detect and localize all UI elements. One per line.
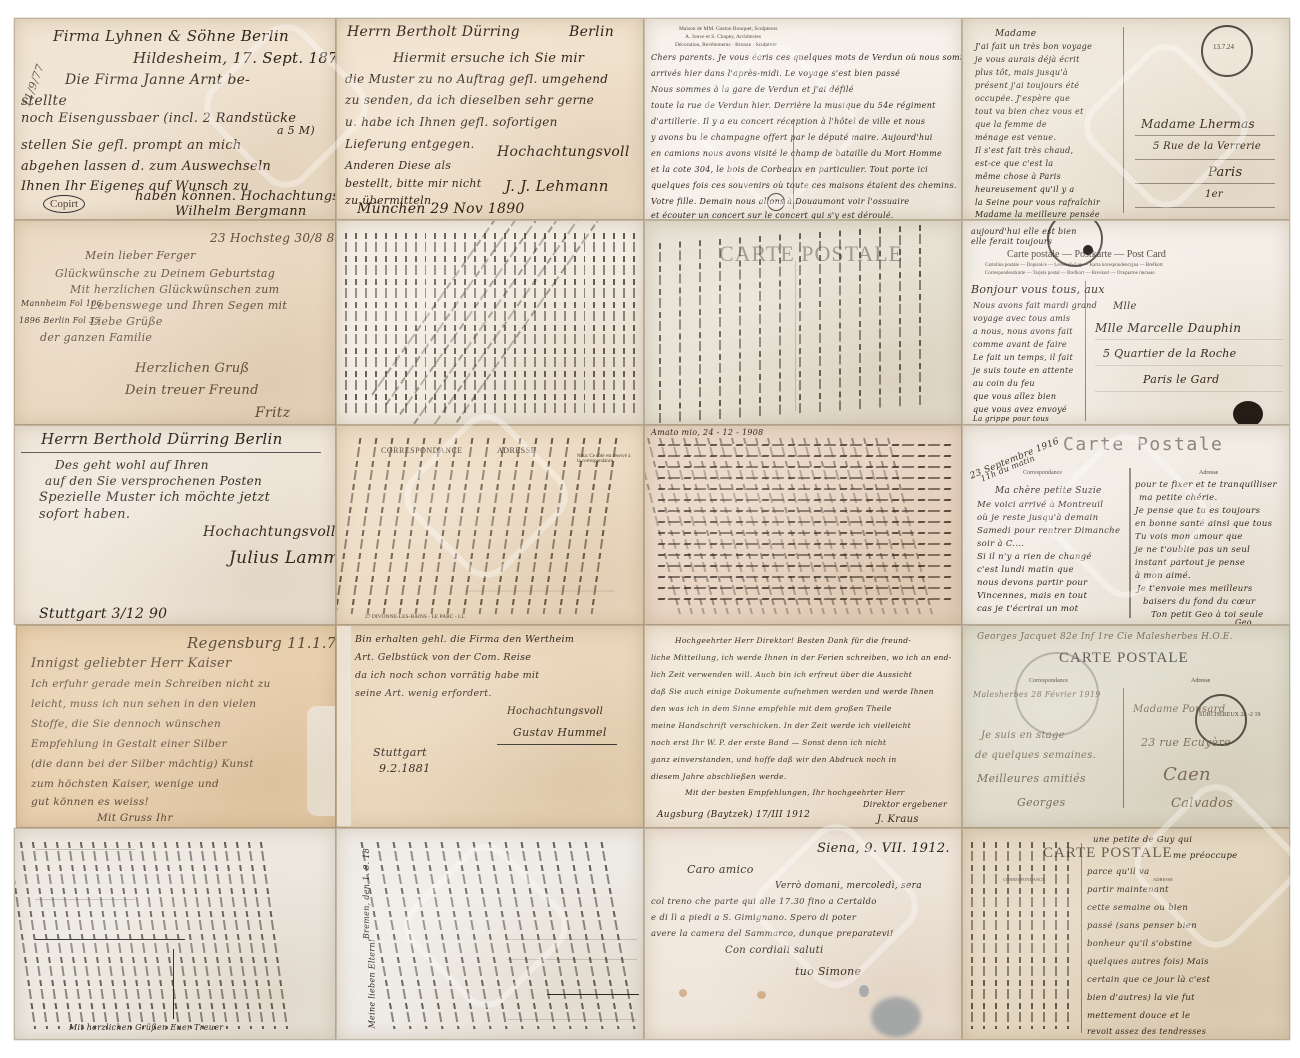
signature: J. Kraus (877, 814, 919, 825)
signature: Gustav Hummel (513, 726, 607, 739)
handwriting-line: Vincennes, mais en tout (977, 591, 1087, 601)
printed-header: A. Jouve et S. Chapey, Architectes (685, 34, 761, 40)
handwriting-line: baisers du fond du cœur (1143, 597, 1255, 607)
vertical-handwriting (971, 842, 1075, 1029)
address-line: 23 rue Ecuyère (1141, 736, 1231, 749)
card-divider (793, 119, 794, 209)
handwriting-line: présent j'ai toujours été (975, 81, 1079, 90)
card-divider (1081, 843, 1082, 1033)
place-date: Siena, 9. VII. 1912. (817, 841, 950, 856)
signature: J. J. Lehmann (505, 177, 609, 195)
handwriting-line: partir maintenant (1087, 885, 1169, 895)
address-line: Madame Ponsard (1133, 704, 1225, 715)
handwriting-line: cas je t'écrirai un mot (977, 604, 1078, 614)
handwriting-line: noch Eisengussbaer (incl. 2 Randstücke (21, 111, 296, 126)
salutation: Caro amico (687, 863, 754, 876)
postcard-r4c4: Georges Jacquet 82e Inf 1re Cie Malesher… (962, 625, 1290, 828)
printed-header: Maison de MM. Gaston Bouquet, Sculpteurs (679, 26, 778, 32)
handwriting-line: arrivés hier dans l'après-midi. Le voyag… (651, 69, 900, 78)
handwriting-line: Herrn Bertholt Dürring (347, 24, 520, 40)
postcard-r1c2: Herrn Bertholt Dürring Berlin Hiermit er… (336, 18, 644, 220)
address-line: Madame Lhermas (1141, 117, 1255, 131)
handwriting-line: c'est lundi matin que (977, 565, 1074, 575)
adresse-label: ADRESSE (1153, 877, 1173, 882)
handwriting-line: Lebenswege und Ihren Segen mit (90, 299, 287, 312)
vertical-handwriting (336, 438, 644, 614)
handwriting-line: liche Mitteilung, ich werde Ihnen in der… (651, 653, 952, 662)
header-rule (21, 452, 321, 453)
handwriting-line: à mon aimé. (1135, 571, 1191, 581)
handwriting-line: lich Zeit verwenden will. Auch bin ich e… (651, 670, 912, 679)
handwriting-line: me préoccupe (1173, 851, 1238, 861)
handwriting-line: heureusement qu'il y a (975, 185, 1074, 194)
vertical-handwriting (361, 842, 644, 1029)
handwriting-line: Dein treuer Freund (125, 383, 259, 398)
postcard-r3c1: Herrn Berthold Dürring Berlin Des geht w… (14, 425, 336, 625)
address-line: Mlle Marcelle Dauphin (1095, 321, 1241, 335)
signature: Georges (1017, 796, 1065, 809)
address-line: 5 Rue de la Verrerie (1153, 141, 1261, 152)
handwriting-line: Ich erfuhr gerade mein Schreiben nicht z… (31, 678, 271, 690)
foxing-spot (679, 989, 687, 997)
handwriting-line: Glückwünsche zu Deinem Geburtstag (55, 267, 275, 280)
card-divider (1129, 468, 1131, 618)
handwriting-line: au coin du feu (973, 379, 1035, 388)
place-date: Stuttgart 3/12 90 (39, 606, 167, 622)
card-divider (1123, 688, 1124, 808)
crossed-vertical-handwriting (644, 438, 962, 614)
handwriting-line: d'artillerie. Il y a eu concert réceptio… (651, 117, 925, 126)
printed-subtitle: Correspondenzkarte — Tarjeta postal — Br… (985, 271, 1155, 276)
postcard-r2c3: CARTE POSTALE (644, 220, 962, 425)
postmark-date: 13.7.24 (1213, 43, 1234, 51)
handwriting-line: Si il n'y a rien de changé (977, 552, 1092, 562)
postcard-r3c2: CORRESPONDANCE ADRESSE Nota: Ce côté est… (336, 425, 644, 625)
ink-stain (871, 997, 921, 1037)
postcard-r5c4: CARTE POSTALE CORRESPONDANCE ADRESSE une… (962, 828, 1290, 1040)
margin-note: 1896 Berlin Fol 35 (19, 316, 100, 325)
postcard-collage: Firma Lyhnen & Söhne Berlin Hildesheim, … (0, 0, 1300, 1058)
handwriting-line: haben können. Hochachtungsvoll (135, 189, 336, 204)
handwriting-line: Je pense que tu es toujours (1135, 506, 1260, 516)
handwriting-line: zu senden, da ich dieselben sehr gerne (345, 93, 594, 107)
handwriting-line: où je reste jusqu'à demain (977, 513, 1098, 523)
handwriting-line: la Seine pour vous rafraîchir (975, 198, 1100, 207)
handwriting-line: Herrn Berthold Dürring Berlin (41, 430, 283, 448)
address-line: Caen (1163, 764, 1211, 785)
handwriting-line: parce qu'il va (1087, 867, 1150, 877)
address-rule (1095, 365, 1283, 366)
handwriting-line: die Muster zu no Auftrag gefl. umgehend (345, 72, 608, 86)
address-rule (1135, 159, 1275, 160)
handwriting-line: (die dann bei der Silber mächtig) Kunst (31, 758, 254, 770)
foxing-spot (757, 991, 766, 999)
postcard-r3c3: Amato mio, 24 - 12 - 1908 (644, 425, 962, 625)
postcard-r3c4: Carte Postale 23 Septembre 1916 11h du m… (962, 425, 1290, 625)
handwriting-line: cette semaine ou bien (1087, 903, 1188, 913)
handwriting-line: bonheur qu'il s'obstine (1087, 939, 1192, 949)
printed-caption: 27 DIVONNE-LES-BAINS - LE PARC - LL (365, 614, 465, 620)
place-date: Augsburg (Baytzek) 17/III 1912 (657, 810, 810, 820)
handwriting-line: Mit Gruss Ihr (97, 812, 173, 824)
handwriting-line: stellen Sie gefl. prompt an mich (21, 138, 242, 153)
handwriting-line: Nous sommes à la gare de Verdun et j'ai … (651, 85, 854, 94)
handwriting-line: der ganzen Familie (40, 331, 152, 344)
handwriting-line: ménage est venue. (975, 133, 1056, 142)
handwriting-line: auf den Sie versprochenen Posten (45, 474, 262, 488)
handwriting-line: pour te fixer et te tranquilliser (1135, 480, 1277, 490)
handwriting-line: passé (sans penser bien (1087, 921, 1197, 931)
handwriting-line: Nous avons fait mardi grand (973, 301, 1097, 310)
signature: tuo Simone (795, 965, 861, 978)
handwriting-line: Meilleures amitiés (977, 772, 1086, 785)
handwriting-line: Des geht wohl auf Ihren (55, 458, 209, 472)
handwriting-line: est-ce que c'est la (975, 159, 1053, 168)
handwriting-line: et écouter un concert sur le concert qui… (651, 211, 894, 220)
handwriting-line: u. habe ich Ihnen gefl. sofortigen (345, 115, 558, 129)
date: 9.2.1881 (379, 762, 430, 775)
handwriting-line: sofort haben. (39, 507, 130, 522)
place-date: München 29 Nov 1890 (357, 201, 525, 217)
ink-blot (1083, 245, 1093, 255)
sender-header: Georges Jacquet 82e Inf 1re Cie Malesher… (977, 632, 1233, 642)
postcard-r1c3: Maison de MM. Gaston Bouquet, Sculpteurs… (644, 18, 962, 220)
handwriting-line: je suis toute en attente (973, 366, 1074, 375)
postmark-icon (1201, 25, 1253, 77)
handwriting-line: ma petite chérie. (1139, 493, 1217, 503)
handwriting-line: a 5 M) (277, 124, 315, 137)
ink-stain (859, 985, 869, 997)
signature: Julius Lamm (229, 548, 336, 568)
handwriting-line: bien d'autres) la vie fut (1087, 993, 1195, 1003)
handwriting-line: gut können es weiss! (31, 796, 149, 808)
handwriting-line: Ma chère petite Suzie (995, 486, 1102, 496)
handwriting-line: 23 Hochsteg 30/8 84 (210, 231, 336, 245)
handwriting-line: que vous allez bien (973, 392, 1056, 401)
handwriting-line: Verrò domani, mercoledì, sera (775, 881, 922, 891)
handwriting-line: Stoffe, die Sie dennoch wünschen (31, 718, 221, 730)
handwriting-line: mettement douce et le (1087, 1011, 1190, 1021)
handwriting-line: Malesherbes 28 Février 1919 (973, 690, 1101, 699)
handwriting-line: que la femme de (975, 120, 1047, 129)
handwriting-line: noch erst Ihr W. P. der erste Band — Son… (651, 738, 886, 747)
closing: Con cordiali saluti (725, 945, 823, 956)
handwriting-line: bestellt, bitte mir nicht (345, 177, 481, 190)
handwriting-line: avere la camera del Sammarco, dunque pre… (651, 929, 894, 939)
address-line: Paris le Gard (1143, 373, 1219, 386)
postcard-r5c2: Bremen, den 1. 8. 18 Meine lieben Eltern… (336, 828, 644, 1040)
handwriting-line: tout va bien chez vous et (975, 107, 1084, 116)
handwriting-line: Le fait un temps, il fait (973, 353, 1073, 362)
signature: Fritz (255, 405, 290, 421)
handwriting-line: Hildesheim, 17. Sept. 1877 (133, 49, 336, 67)
postcard-r4c3: Hochgeehrter Herr Direktor! Besten Dank … (644, 625, 962, 828)
handwriting-line: Il s'est fait très chaud, (975, 146, 1073, 155)
address-line: 5 Quartier de la Roche (1103, 347, 1237, 360)
monogram-emblem-icon (767, 193, 785, 211)
handwriting-line: Je suis en stage (981, 730, 1065, 741)
postcard-r1c1: Firma Lyhnen & Söhne Berlin Hildesheim, … (14, 18, 336, 220)
correspondance-label: Correspondance (1023, 470, 1062, 476)
handwriting-line: je vous aurais déjà écrit (975, 55, 1080, 64)
address-rule (1095, 339, 1283, 340)
handwriting-line: Mit herzlichen Glückwünschen zum (70, 283, 279, 296)
address-rule (1135, 183, 1275, 184)
handwriting-line: Hochachtungsvoll (497, 144, 630, 160)
handwriting-line: Hochachtungsvoll (203, 524, 336, 540)
handwriting-line: seine Art. wenig erfordert. (355, 688, 492, 699)
handwriting-line: en camions nous avons visité le champ de… (651, 149, 942, 158)
address-line: Paris (1208, 165, 1242, 180)
handwriting-line: da ich noch schon vorrätig habe mit (355, 670, 539, 681)
handwriting-line: Regensburg 11.1.70 (187, 634, 336, 652)
card-divider (1085, 281, 1086, 421)
handwriting-line: de quelques semaines. (975, 750, 1096, 761)
handwriting-line: quelques autres fois) Mais (1087, 957, 1209, 967)
address-rule (1135, 135, 1275, 136)
postcard-r2c1: 23 Hochsteg 30/8 84 Mein lieber Ferger G… (14, 220, 336, 425)
handwriting-line: Me voici arrivé à Montreuil (977, 500, 1103, 510)
handwriting-line: Hochachtungsvoll (507, 706, 603, 717)
handwriting-line: Lieferung entgegen. (345, 137, 475, 151)
handwriting-line: Mein lieber Ferger (85, 249, 196, 262)
handwriting-line: col treno che parte qui alle 17.30 fino … (651, 897, 877, 907)
handwriting-line: instant partout je pense (1135, 558, 1245, 568)
adresse-label: Adresse (1191, 678, 1210, 684)
handwriting-line: soir à C.... (977, 539, 1024, 549)
signature: Wilhelm Bergmann (175, 204, 307, 219)
handwriting-line: elle ferait toujours (971, 237, 1052, 246)
address-line: Calvados (1171, 796, 1233, 811)
handwriting-line: que vous avez envoyé (973, 405, 1067, 414)
handwriting-line: une petite de Guy qui (1093, 835, 1192, 845)
handwriting-line: Madame la meilleure pensée (975, 210, 1100, 219)
handwriting-line: Meine lieben Eltern! (367, 939, 376, 1029)
postcard-r2c2 (336, 220, 644, 425)
handwriting-line: plus tôt, mais jusqu'à (975, 68, 1068, 77)
handwriting-line: Hiermit ersuche ich Sie mir (393, 51, 584, 66)
handwriting-line: Firma Lyhnen & Söhne Berlin (53, 27, 289, 45)
handwriting-line: Empfehlung in Gestalt einer Silber (31, 738, 227, 750)
handwriting-line: Die Firma Janne Arnt be- (65, 72, 250, 88)
handwriting-line: diesem Jahre abschließen werde. (651, 772, 787, 781)
address-rule (1135, 207, 1275, 208)
handwriting-line: Art. Gelbstück von der Com. Reise (355, 652, 531, 663)
address-rule (1095, 391, 1283, 392)
postcard-r5c1: Mit herzlichen Grüßen Euer Treuer (14, 828, 336, 1040)
handwriting-line: en bonne santé ainsi que tous (1135, 519, 1272, 529)
handwriting-line: quelques fois ces souvenirs où toute ces… (651, 181, 957, 190)
handwriting-line: Bin erhalten gehl. die Firma den Werthei… (355, 634, 574, 645)
handwriting-line: et la cote 304, le bois de Corbeaux en p… (651, 165, 928, 174)
handwriting-line: nous devons partir pour (977, 578, 1088, 588)
handwriting-line: toute la rue de Verdun hier. Derrière la… (651, 101, 936, 110)
handwriting-line: je ne t'oublie pas un seul (1135, 545, 1250, 555)
address-line: Mlle (1113, 301, 1137, 312)
handwriting-line: J'ai fait un très bon voyage (975, 42, 1092, 51)
footer-line: Mit herzlichen Grüßen Euer Treuer (69, 1023, 223, 1032)
handwriting-line: occupée. J'espère que (975, 94, 1070, 103)
handwriting-line: ganz einverstanden, und hoffe daß wir de… (651, 755, 897, 764)
handwriting-line: e di lì a piedi a S. Gimignano. Spero di… (651, 913, 856, 923)
handwriting-line: den was ich in dem Sinne empfehle mit de… (651, 704, 892, 713)
handwriting-line: Hochgeehrter Herr Direktor! Besten Dank … (675, 636, 911, 645)
handwriting-line: Spezielle Muster ich möchte jetzt (39, 490, 270, 505)
handwriting-line: leicht, muss ich nun sehen in den vielen (31, 698, 256, 710)
place: Stuttgart (373, 746, 427, 759)
handwriting-line: a nous, nous avons fait (973, 327, 1073, 336)
signature: Geo (1235, 618, 1252, 625)
printed-header: Décoration, Revêtements · Bronze · Sculp… (675, 42, 777, 48)
handwriting-line: meine Handschrift verschicken. In der Ze… (651, 721, 911, 730)
handwriting-line: comme avant de faire (973, 340, 1067, 349)
handwriting-line: certain que ce jour là c'est (1087, 975, 1210, 985)
handwriting-line: Madame (995, 29, 1036, 39)
postcard-r5c3: Siena, 9. VII. 1912. Caro amico Verrò do… (644, 828, 962, 1040)
handwriting-line: Tu vois mon amour que (1135, 532, 1243, 542)
handwriting-line: Amato mio, 24 - 12 - 1908 (651, 428, 764, 437)
card-divider (1123, 27, 1124, 213)
postcard-r2c4: aujourd'hui elle est bien elle ferait to… (962, 220, 1290, 425)
postcard-r4c1: Regensburg 11.1.70 Innigst geliebter Her… (16, 625, 336, 828)
handwriting-line: Liebe Grüße (90, 315, 163, 328)
signature-flourish (497, 744, 617, 745)
handwriting-line: daß Sie auch einige Dokumente aufnehmen … (651, 687, 934, 696)
handwriting-line: Samedi pour rentrer Dimanche (977, 526, 1120, 536)
handwriting-line: Innigst geliebter Herr Kaiser (31, 656, 232, 671)
copirt-stamp: Copirt (43, 195, 85, 213)
handwriting-line: Anderen Diese als (345, 159, 451, 172)
handwriting-line: Je t'envoie mes meilleurs (1137, 584, 1253, 594)
printed-title: Carte Postale (1063, 434, 1223, 455)
address-line: 1er (1205, 189, 1223, 200)
handwriting-line: Chers parents. Je vous écris ces quelque… (651, 53, 962, 62)
handwriting-line: Mit der besten Empfehlungen, Ihr hochgee… (685, 788, 905, 797)
handwriting-line: revoit assez des tendresses (1087, 1027, 1206, 1036)
postcard-r4c2: Bin erhalten gehl. die Firma den Werthei… (336, 625, 644, 828)
handwriting-line: même chose à Paris (975, 172, 1061, 181)
handwriting-line: Herzlichen Gruß (135, 361, 249, 376)
postcard-r1c4: Madame J'ai fait un très bon voyage je v… (962, 18, 1290, 220)
handwriting-line: y avons bu le champagne offert par le dé… (651, 133, 933, 142)
handwriting-line: Berlin (569, 24, 614, 40)
handwriting-line: zum höchsten Kaiser, wenige und (31, 778, 219, 790)
margin-note: Mannheim Fol 106 (21, 299, 102, 308)
paper-wear (337, 626, 351, 826)
handwriting-line: abgehen lassen d. zum Auswechseln (21, 159, 271, 174)
vertical-handwriting (659, 223, 947, 424)
handwriting-line: Direktor ergebener (863, 800, 947, 809)
handwriting-line: La grippe pour tous (973, 415, 1049, 423)
adresse-label: Adresse (1199, 470, 1218, 476)
vertical-dense-handwriting (14, 842, 336, 1029)
handwriting-line: voyage avec tous amis (973, 314, 1070, 323)
ink-blot (1233, 401, 1263, 425)
paper-wear (307, 706, 336, 816)
